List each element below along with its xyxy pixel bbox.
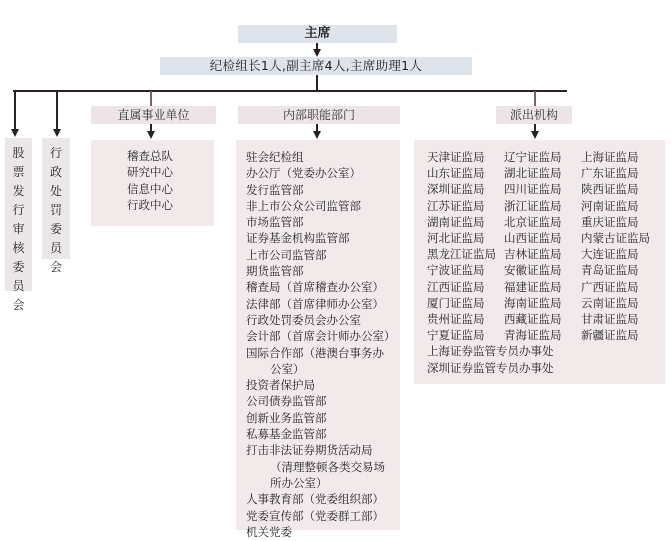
dispatched-agencies-header: 派出机构	[496, 106, 572, 124]
agency-item: 上海证券监管专员办事处	[427, 343, 665, 359]
agency-item: 福建证监局	[504, 279, 581, 295]
chairman-label: 主席	[304, 26, 330, 41]
list-item: 创新业务监管部	[246, 410, 400, 426]
agency-item: 宁夏证监局	[427, 327, 504, 343]
agency-item: 深圳证监局	[427, 181, 504, 197]
internal-departments-title: 内部职能部门	[283, 108, 355, 122]
connector-line	[150, 91, 152, 106]
list-item: 办公厅（党委办公室）	[246, 165, 400, 181]
deputies-bar: 纪检组长1人,副主席4人,主席助理1人	[160, 57, 472, 75]
main-horizontal-line	[13, 90, 566, 92]
agency-item: 青海证监局	[504, 327, 581, 343]
agency-item: 江西证监局	[427, 279, 504, 295]
agency-item: 广西证监局	[581, 279, 671, 295]
affiliated-units-title: 直属事业单位	[117, 108, 189, 122]
char: 行	[42, 144, 70, 163]
arrow-down-icon	[11, 129, 19, 137]
internal-departments-list: 驻会纪检组 办公厅（党委办公室） 发行监管部 非上市公众公司监管部 市场监管部 …	[236, 140, 400, 530]
char: 员	[42, 239, 70, 258]
agency-item: 深圳证券监管专员办事处	[427, 360, 665, 376]
list-item: 期货监管部	[246, 263, 400, 279]
char: 员	[5, 277, 32, 296]
agency-item: 广东证监局	[581, 165, 671, 181]
list-item: 人事教育部（党委组织部）	[246, 491, 400, 507]
internal-departments-header: 内部职能部门	[238, 106, 400, 124]
agency-item: 海南证监局	[504, 295, 581, 311]
dispatched-agencies-list: 天津证监局 辽宁证监局 上海证监局 山东证监局 湖北证监局 广东证监局 深圳证监…	[414, 140, 665, 384]
agency-item: 天津证监局	[427, 149, 504, 165]
agency-item: 陕西证监局	[581, 181, 671, 197]
affiliated-units-header: 直属事业单位	[91, 106, 216, 124]
list-item: 公室）	[246, 361, 400, 377]
agency-item: 西藏证监局	[504, 311, 581, 327]
list-item: 上市公司监管部	[246, 247, 400, 263]
arrow-down-icon	[313, 131, 321, 139]
list-item: 公司债券监管部	[246, 393, 400, 409]
agency-item: 山西证监局	[504, 230, 581, 246]
agency-item: 黑龙江证监局	[427, 246, 504, 262]
list-item: 稽查局（首席稽查办公室）	[246, 279, 400, 295]
agency-item: 河北证监局	[427, 230, 504, 246]
agency-item: 浙江证监局	[504, 198, 581, 214]
char: 票	[5, 163, 32, 182]
list-item: 非上市公众公司监管部	[246, 198, 400, 214]
agency-item: 新疆证监局	[581, 327, 671, 343]
char: 行	[5, 201, 32, 220]
char: 罚	[42, 201, 70, 220]
arrow-down-icon	[531, 131, 539, 139]
connector-line	[565, 90, 567, 92]
char: 政	[42, 163, 70, 182]
list-item: 私募基金监管部	[246, 426, 400, 442]
agency-item: 内蒙古证监局	[581, 230, 671, 246]
committee-administrative-penalty: 行 政 处 罚 委 员 会	[42, 138, 70, 259]
list-item: 法律部（首席律师办公室）	[246, 296, 400, 312]
agency-grid: 天津证监局 辽宁证监局 上海证监局 山东证监局 湖北证监局 广东证监局 深圳证监…	[427, 149, 665, 343]
char: 委	[42, 220, 70, 239]
agency-item: 上海证监局	[581, 149, 671, 165]
list-item: 会计部（首席会计师办公室）	[246, 328, 400, 344]
connector-line	[534, 91, 536, 106]
arrow-down-icon	[313, 49, 321, 57]
dispatched-agencies-title: 派出机构	[510, 108, 558, 122]
agency-item: 吉林证监局	[504, 246, 581, 262]
list-item: 证券基金机构监管部	[246, 230, 400, 246]
connector-line	[56, 90, 58, 131]
agency-item: 辽宁证监局	[504, 149, 581, 165]
list-item: 稽查总队	[127, 148, 214, 164]
connector-line	[14, 90, 16, 131]
char: 发	[5, 182, 32, 201]
char: 核	[5, 239, 32, 258]
char: 委	[5, 258, 32, 277]
agency-item: 北京证监局	[504, 214, 581, 230]
char: 会	[5, 296, 32, 315]
list-item: 行政中心	[127, 197, 214, 213]
affiliated-units-list: 稽查总队 研究中心 信息中心 行政中心	[91, 140, 214, 226]
agency-item: 江苏证监局	[427, 198, 504, 214]
char: 处	[42, 182, 70, 201]
list-item: 机关党委	[246, 524, 400, 540]
list-item: （清理整顿各类交易场	[246, 459, 400, 475]
agency-item: 宁波证监局	[427, 262, 504, 278]
list-item: 投资者保护局	[246, 377, 400, 393]
agency-item: 湖南证监局	[427, 214, 504, 230]
agency-item: 湖北证监局	[504, 165, 581, 181]
list-item: 打击非法证券期货活动局	[246, 442, 400, 458]
arrow-down-icon	[147, 131, 155, 139]
deputies-label: 纪检组长1人,副主席4人,主席助理1人	[210, 58, 423, 73]
arrow-down-icon	[53, 129, 61, 137]
agency-item: 厦门证监局	[427, 295, 504, 311]
list-item: 市场监管部	[246, 214, 400, 230]
agency-item: 贵州证监局	[427, 311, 504, 327]
list-item: 驻会纪检组	[246, 149, 400, 165]
agency-item: 四川证监局	[504, 181, 581, 197]
list-item: 行政处罚委员会办公室	[246, 312, 400, 328]
agency-item: 河南证监局	[581, 198, 671, 214]
list-item: 信息中心	[127, 181, 214, 197]
committee-stock-issuance-review: 股 票 发 行 审 核 委 员 会	[5, 138, 32, 291]
agency-item: 安徽证监局	[504, 262, 581, 278]
list-item: 研究中心	[127, 164, 214, 180]
agency-item: 云南证监局	[581, 295, 671, 311]
connector-line	[316, 75, 318, 91]
char: 审	[5, 220, 32, 239]
agency-item: 大连证监局	[581, 246, 671, 262]
agency-item: 青岛证监局	[581, 262, 671, 278]
list-item: 国际合作部（港澳台事务办	[246, 345, 400, 361]
agency-item: 甘肃证监局	[581, 311, 671, 327]
agency-extra-list: 上海证券监管专员办事处 深圳证券监管专员办事处	[427, 343, 665, 375]
list-item: 所办公室）	[246, 475, 400, 491]
agency-item: 山东证监局	[427, 165, 504, 181]
char: 股	[5, 144, 32, 163]
char: 会	[42, 258, 70, 277]
agency-item: 重庆证监局	[581, 214, 671, 230]
list-item: 发行监管部	[246, 182, 400, 198]
list-item: 党委宣传部（党委群工部）	[246, 508, 400, 524]
chairman-box: 主席	[238, 25, 397, 43]
